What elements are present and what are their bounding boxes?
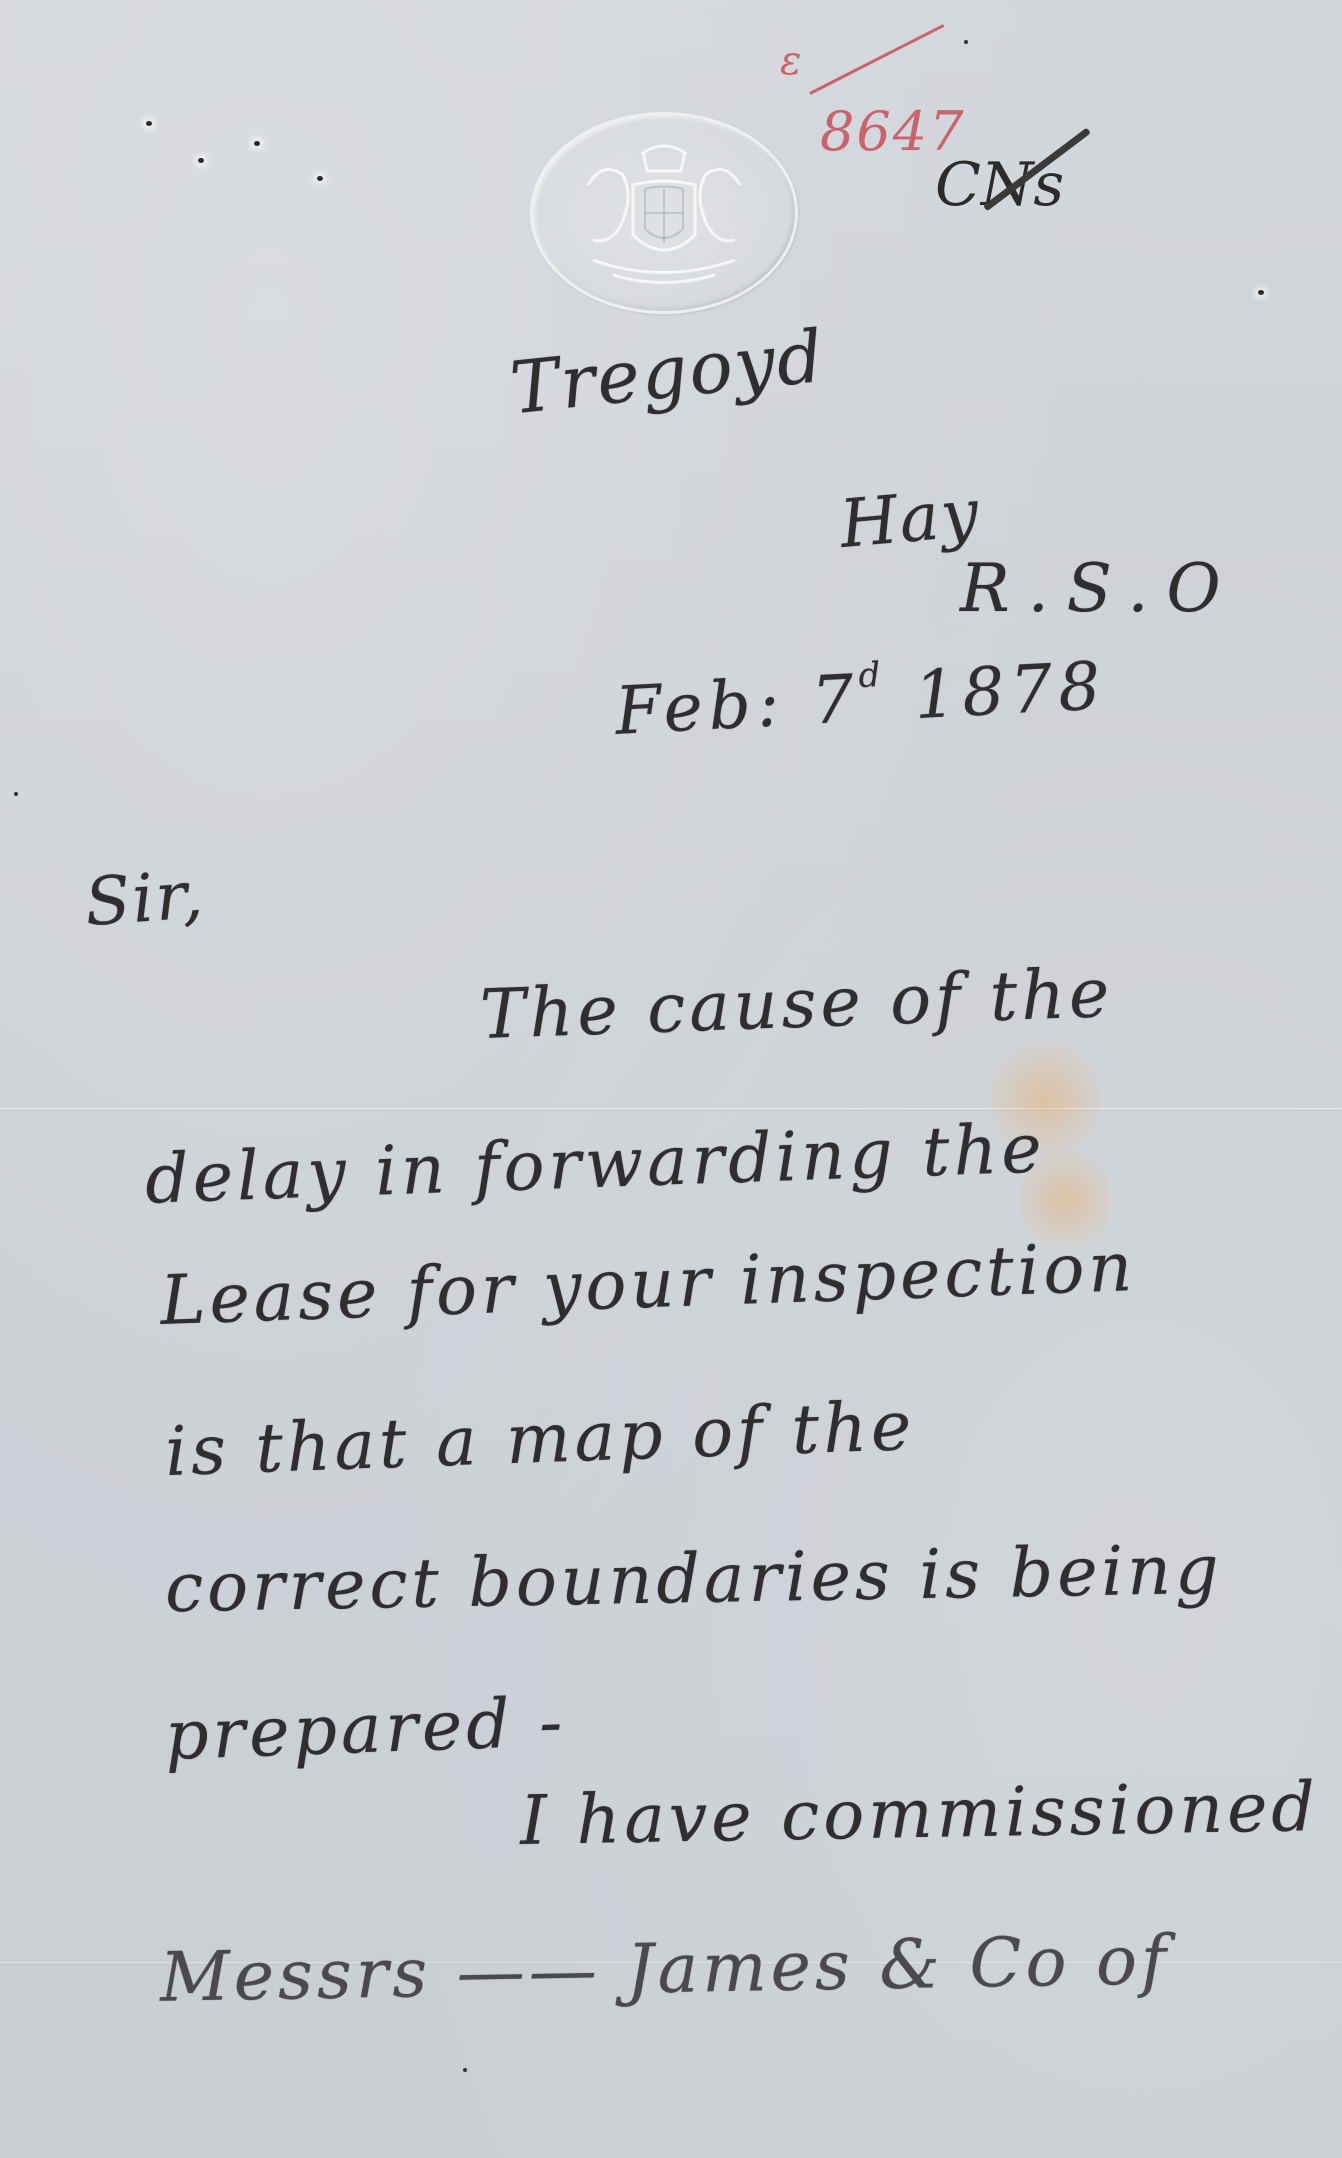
salutation: Sir, [82,856,207,941]
paper-speck [964,40,968,44]
body-line: I have commissioned [519,1768,1319,1861]
royal-coat-of-arms-icon [530,112,798,314]
reference-numerator: ε [780,38,801,84]
paper-speck [463,2068,467,2072]
date-suffix: d [857,655,887,696]
date-year: 1878 [912,647,1108,734]
pin-hole [317,176,323,181]
paper-speck [14,792,18,796]
pin-hole [254,141,260,146]
body-line: prepared - [164,1683,568,1776]
pin-hole [198,158,204,163]
date-month-day: Feb: 7 [613,660,861,750]
pin-hole [1258,290,1264,295]
paper-fold-line [0,1108,1342,1111]
pin-hole [146,121,152,126]
address-line-3: R.S.O [960,550,1239,627]
